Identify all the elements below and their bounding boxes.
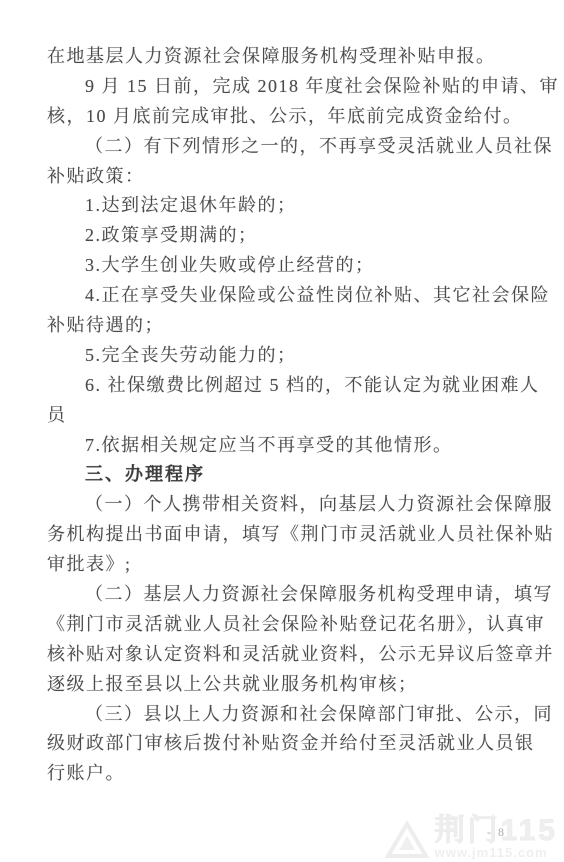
text-line: 级财政部门审核后拨付补贴资金并给付至灵活就业人员银: [47, 729, 519, 759]
section-heading: 三、办理程序: [47, 460, 519, 490]
text-line: 5.完全丧失劳动能力的；: [47, 341, 519, 371]
text-line: 3.大学生创业失败或停止经营的；: [47, 251, 519, 281]
text-line: 务机构提出书面申请，填写《荆门市灵活就业人员社保补贴: [47, 520, 519, 550]
text-line: （二）基层人力资源社会保障服务机构受理申请，填写: [47, 580, 519, 610]
text-line: （三）县以上人力资源和社会保障部门审批、公示，同: [47, 700, 519, 730]
text-line: 核，10 月底前完成审批、公示，年底前完成资金给付。: [47, 102, 519, 132]
text-line: 核补贴对象认定资料和灵活就业资料，公示无异议后签章并: [47, 640, 519, 670]
text-line: 审批表》;: [47, 550, 519, 580]
text-line: 员: [47, 401, 519, 431]
text-line: 行账户。: [47, 759, 519, 789]
text-line: 逐级上报至县以上公共就业服务机构审核；: [47, 670, 519, 700]
watermark-url: www.jm115.com: [435, 846, 558, 860]
text-line: 7.依据相关规定应当不再享受的其他情形。: [47, 431, 519, 461]
text-line: 《荆门市灵活就业人员社会保险补贴登记花名册》，认真审: [47, 610, 519, 640]
document-lines: 在地基层人力资源社会保障服务机构受理补贴申报。9 月 15 日前，完成 2018…: [47, 42, 519, 789]
text-line: 2.政策享受期满的；: [47, 221, 519, 251]
text-line: 在地基层人力资源社会保障服务机构受理补贴申报。: [47, 42, 519, 72]
scanned-document-page: 在地基层人力资源社会保障服务机构受理补贴申报。9 月 15 日前，完成 2018…: [0, 0, 564, 862]
text-line: （一）个人携带相关资料，向基层人力资源社会保障服: [47, 490, 519, 520]
text-line: 补贴待遇的；: [47, 311, 519, 341]
text-line: 9 月 15 日前，完成 2018 年度社会保险补贴的申请、审: [47, 72, 519, 102]
watermark-logo-icon: [385, 820, 429, 860]
site-watermark: 荆门115 www.jm115.com: [385, 816, 558, 860]
text-line: 6. 社保缴费比例超过 5 档的，不能认定为就业困难人: [47, 371, 519, 401]
page-number-mark: - 8: [487, 825, 506, 840]
text-line: 4.正在享受失业保险或公益性岗位补贴、其它社会保险: [47, 281, 519, 311]
text-line: 1.达到法定退休年龄的；: [47, 191, 519, 221]
text-line: 补贴政策：: [47, 162, 519, 192]
text-line: （二）有下列情形之一的，不再享受灵活就业人员社保: [47, 132, 519, 162]
